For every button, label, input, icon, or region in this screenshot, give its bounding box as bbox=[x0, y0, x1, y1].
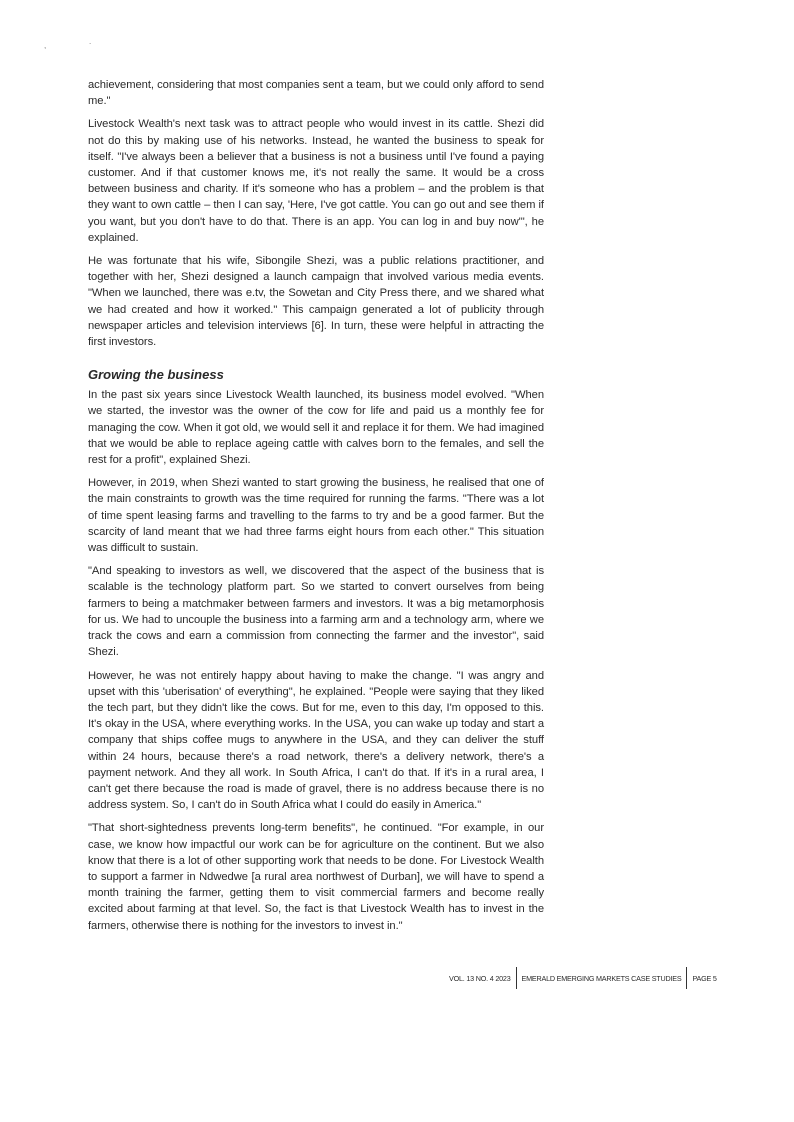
footer-divider bbox=[516, 967, 517, 989]
scan-mark: . bbox=[89, 38, 91, 46]
paragraph: Livestock Wealth's next task was to attr… bbox=[88, 116, 544, 246]
paragraph: In the past six years since Livestock We… bbox=[88, 387, 544, 468]
paragraph: "That short-sightedness prevents long-te… bbox=[88, 820, 544, 933]
page-footer: VOL. 13 NO. 4 2023 EMERALD EMERGING MARK… bbox=[449, 967, 717, 989]
paragraph: However, in 2019, when Shezi wanted to s… bbox=[88, 475, 544, 556]
footer-journal: EMERALD EMERGING MARKETS CASE STUDIES bbox=[522, 974, 682, 983]
section-heading: Growing the business bbox=[88, 366, 544, 384]
footer-divider bbox=[686, 967, 687, 989]
page-scan-marks: , . bbox=[0, 38, 794, 48]
scan-mark: , bbox=[44, 42, 46, 50]
footer-volume: VOL. 13 NO. 4 2023 bbox=[449, 974, 511, 983]
paragraph: He was fortunate that his wife, Sibongil… bbox=[88, 253, 544, 350]
paragraph: "And speaking to investors as well, we d… bbox=[88, 563, 544, 660]
article-body: achievement, considering that most compa… bbox=[88, 77, 544, 941]
paragraph: However, he was not entirely happy about… bbox=[88, 668, 544, 814]
footer-page-number: PAGE 5 bbox=[692, 974, 716, 983]
paragraph: achievement, considering that most compa… bbox=[88, 77, 544, 109]
